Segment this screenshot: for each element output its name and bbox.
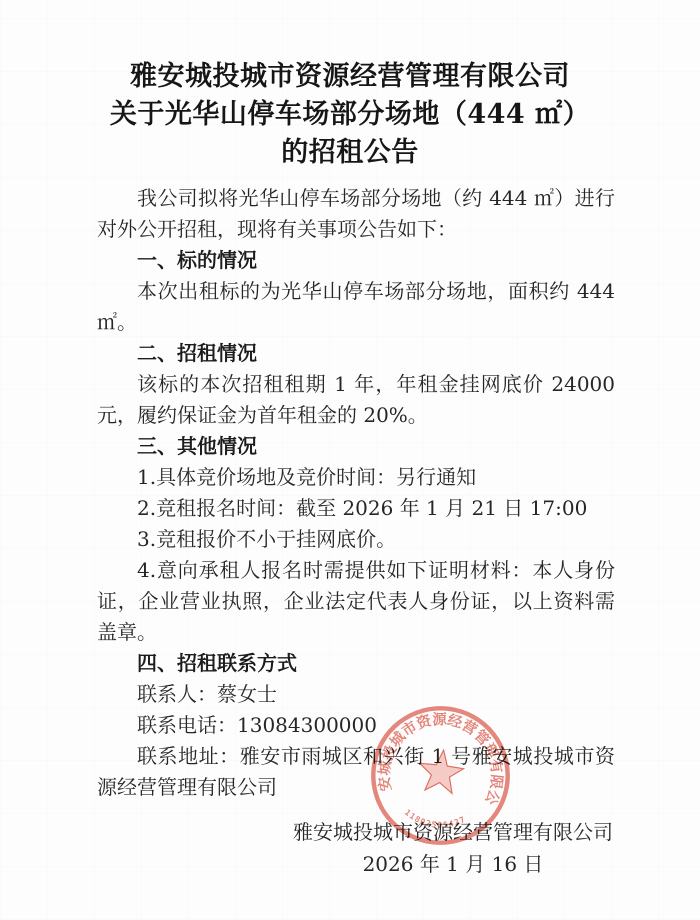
signature-date: 2026 年 1 月 16 日	[293, 848, 613, 880]
notice-title: 雅安城投城市资源经营管理有限公司 关于光华山停车场部分场地（444 ㎡） 的招租…	[0, 58, 700, 172]
list-item-4: 4.意向承租人报名时需提供如下证明材料：本人身份证，企业营业执照，企业法定代表人…	[97, 555, 615, 648]
title-line-1: 雅安城投城市资源经营管理有限公司	[0, 58, 700, 96]
list-item-3: 3.竞租报价不小于挂网底价。	[97, 524, 615, 555]
section-heading-2: 二、招租情况	[97, 338, 615, 369]
contact-phone: 联系电话：13084300000	[97, 710, 615, 741]
list-item-1: 1.具体竞价场地及竞价时间：另行通知	[97, 462, 615, 493]
title-line-3: 的招租公告	[0, 134, 700, 172]
notice-body: 我公司拟将光华山停车场部分场地（约 444 ㎡）进行对外公开招租，现将有关事项公…	[97, 183, 615, 880]
section-heading-1: 一、标的情况	[97, 245, 615, 276]
paragraph-intro: 我公司拟将光华山停车场部分场地（约 444 ㎡）进行对外公开招租，现将有关事项公…	[97, 183, 615, 245]
signature-company: 雅安城投城市资源经营管理有限公司	[293, 816, 613, 848]
list-item-2: 2.竞租报名时间：截至 2026 年 1 月 21 日 17:00	[97, 493, 615, 524]
contact-person: 联系人：蔡女士	[97, 679, 615, 710]
section-heading-3: 三、其他情况	[97, 431, 615, 462]
section-heading-4: 四、招租联系方式	[97, 648, 615, 679]
signature-block: 雅安城投城市资源经营管理有限公司 2026 年 1 月 16 日	[293, 816, 613, 880]
paragraph-lease-terms: 该标的本次招租租期 1 年，年租金挂网底价 24000 元，履约保证金为首年租金…	[97, 369, 615, 431]
document-page: 雅安城投城市资源经营管理有限公司 关于光华山停车场部分场地（444 ㎡） 的招租…	[0, 0, 700, 920]
contact-address: 联系地址：雅安市雨城区和兴街 1 号雅安城投城市资源经营管理有限公司	[97, 741, 615, 803]
title-line-2: 关于光华山停车场部分场地（444 ㎡）	[0, 96, 700, 134]
paragraph-subject: 本次出租标的为光华山停车场部分场地，面积约 444 ㎡。	[97, 276, 615, 338]
